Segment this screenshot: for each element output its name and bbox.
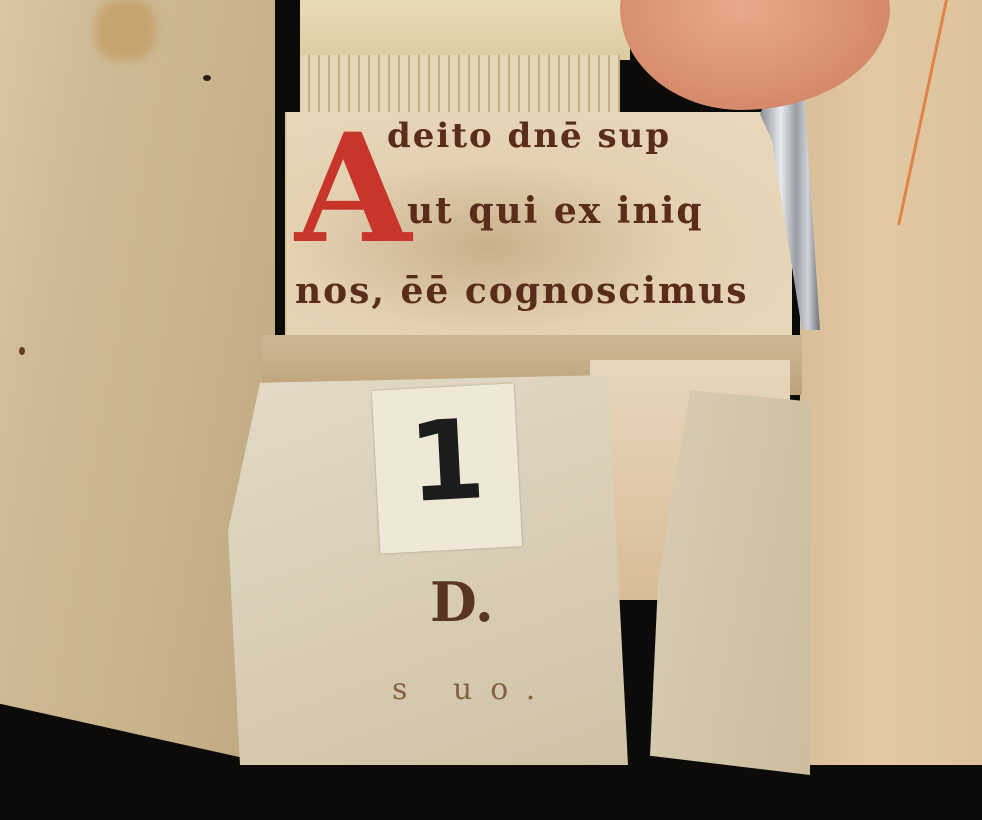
manuscript-line-2: ut qui ex iniq	[407, 190, 704, 232]
cover-spot	[19, 347, 25, 355]
left-vellum-cover	[0, 0, 275, 765]
top-paper-flap	[300, 0, 630, 60]
shelf-label: 1	[372, 383, 522, 553]
manuscript-line-3: nos, ēē cognoscimus	[295, 270, 749, 312]
wormhole	[203, 75, 211, 81]
spine-inscription-line-2: s uo.	[392, 672, 553, 707]
right-vellum-cover	[800, 0, 982, 765]
shelf-label-number: 1	[373, 397, 521, 524]
manuscript-fragment: A deito dnē sup ut qui ex iniq nos, ēē c…	[285, 112, 792, 337]
manuscript-line-1: deito dnē sup	[387, 116, 671, 156]
spine-inscription-line-1: D.	[430, 570, 494, 634]
cover-stain	[95, 0, 155, 60]
